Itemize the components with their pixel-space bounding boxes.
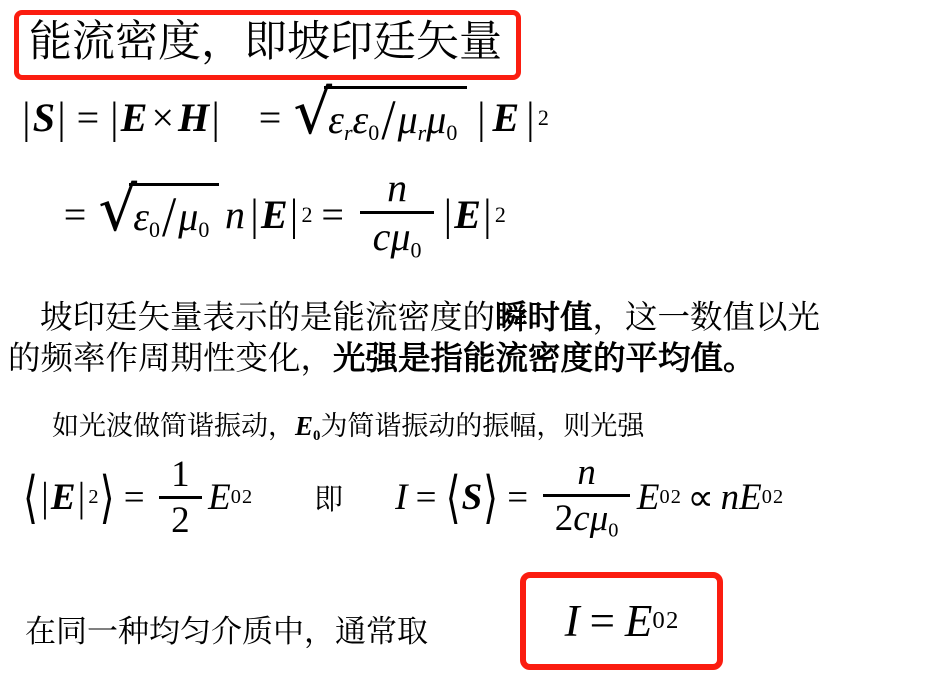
equals-sign: = [507,476,528,519]
bottom-statement: 在同一种均匀介质中，通常取 [25,606,428,651]
equals-sign: = [321,191,344,238]
abs-bar: | [22,91,30,144]
abs-bar: | [477,91,485,144]
right-angle-bracket: ⟩ [100,464,115,530]
superscript-2: 2 [495,202,506,228]
paragraph-text: 的频率作周期性变化， [8,341,333,377]
abs-bar: | [444,188,452,241]
equals-sign: = [77,94,100,141]
amplitude-E0: E [739,476,762,519]
abs-bar: | [212,91,220,144]
superscript-2: 2 [538,105,549,131]
intensity-I: I [395,476,407,519]
left-angle-bracket: ⟨ [446,464,461,530]
square-root: √ ε0/μ0 [98,183,219,247]
abs-bar: | [483,188,491,241]
subscript-0: 0 [652,607,664,635]
mu-r: μ [398,97,418,142]
paragraph-line-2: 的频率作周期性变化，光强是指能流密度的平均值。 [8,339,934,380]
abs-bar: | [78,473,85,521]
mu-0: μ [590,498,609,539]
refractive-index-n: n [721,476,740,519]
amplitude-E0: E [208,476,231,519]
equals-sign: = [590,595,615,647]
radicand: εrε0/μrμ0 [324,86,467,150]
result-highlight-box: I = E02 [520,572,723,670]
mu-0: μ [390,214,410,259]
paragraph-text: ，这一数值以光 [593,300,821,336]
abs-bar: | [41,473,48,521]
proportional-to-icon: ∝ [688,476,714,519]
paragraph-line-1: 坡印廷矢量表示的是能流密度的瞬时值，这一数值以光 [8,298,934,339]
abs-bar: | [290,188,298,241]
subscript-0: 0 [149,217,160,242]
left-angle-bracket: ⟨ [23,464,38,530]
subscript-0: 0 [660,486,670,509]
numerator-n: n [360,168,434,211]
divide-slash: / [379,87,397,153]
vector-E: E [261,191,288,238]
mu-0: μ [178,194,198,239]
refractive-index-n: n [225,191,245,238]
equals-sign: = [416,476,437,519]
vector-E: E [121,94,148,141]
superscript-2: 2 [773,486,783,509]
vector-E: E [454,191,481,238]
formula-poynting-magnitude: |S| = |E×H| = √ εrε0/μrμ0 | E |2 [20,86,549,150]
right-angle-bracket: ⟩ [483,464,498,530]
paragraph-bold-text: 光强是指能流密度的平均值。 [333,341,756,377]
subscript-r: r [344,120,353,145]
speed-of-light-c: c [373,214,391,259]
denominator-cmu0: cμ0 [360,211,434,261]
fraction-n-over-2cmu0: n 2cμ0 [543,454,630,541]
cross-product-icon: × [151,94,174,141]
namely-label: 即 [314,477,343,518]
subscript-r: r [418,120,427,145]
numerator-1: 1 [159,456,201,496]
subscript-0: 0 [762,486,772,509]
coefficient-2: 2 [555,498,574,539]
fraction-n-over-cmu0: n cμ0 [360,168,434,262]
subscript-0: 0 [608,520,618,542]
paragraph-text: 坡印廷矢量表示的是能流密度的 [40,300,495,336]
body-paragraph: 坡印廷矢量表示的是能流密度的瞬时值，这一数值以光 的频率作周期性变化，光强是指能… [8,298,934,380]
fraction-one-half: 1 2 [159,456,201,539]
vector-E: E [51,476,76,519]
abs-bar: | [57,91,65,144]
subscript-0: 0 [198,217,209,242]
superscript-2: 2 [242,486,252,509]
mu-0: μ [426,97,446,142]
equals-sign: = [64,191,87,238]
subscript-0: 0 [446,120,457,145]
amplitude-E0: E [625,595,653,647]
epsilon-r: ε [328,97,344,142]
paragraph-bold-text: 瞬时值 [495,300,593,336]
formula-intensity: ⟨ |E|2 ⟩ = 1 2 E02 即 I = ⟨S⟩ = n 2cμ0 E0… [22,454,783,541]
superscript-2: 2 [666,607,678,635]
epsilon-0: ε [133,194,149,239]
superscript-2: 2 [302,202,313,228]
square-root: √ εrε0/μrμ0 [293,86,467,150]
abs-bar: | [110,91,118,144]
vector-S: S [33,94,55,141]
equals-sign: = [259,94,282,141]
numerator-n: n [543,454,630,494]
radicand: ε0/μ0 [129,183,219,247]
abs-bar: | [251,188,259,241]
vector-H: H [178,94,209,141]
equals-sign: = [124,476,145,519]
speed-of-light-c: c [573,498,589,539]
amplitude-E0: E [295,411,313,441]
vector-E: E [493,94,520,141]
superscript-2: 2 [671,486,681,509]
amplitude-E0: E [637,476,660,519]
denominator-2cmu0: 2cμ0 [543,494,630,541]
vector-S: S [462,476,483,519]
subscript-0: 0 [368,120,379,145]
abs-bar: | [526,91,534,144]
intensity-I: I [565,595,580,647]
page-title: 能流密度，即坡印廷矢量 [29,19,502,66]
superscript-2: 2 [88,486,98,509]
formula-refractive-form: = √ ε0/μ0 n |E|2 = n cμ0 |E|2 [55,168,506,262]
subscript-0: 0 [411,238,422,263]
title-highlight-box: 能流密度，即坡印廷矢量 [14,10,521,80]
divide-slash: / [160,184,178,250]
subscript-0: 0 [231,486,241,509]
note-text: 如光波做简谐振动， [52,411,295,441]
bottom-text: 在同一种均匀介质中，通常取 [25,614,428,649]
lecture-slide: 能流密度，即坡印廷矢量 |S| = |E×H| = √ εrε0/μrμ0 | … [0,0,938,691]
note-text: 为简谐振动的振幅，则光强 [320,411,644,441]
denominator-2: 2 [159,496,201,539]
note-line: 如光波做简谐振动，E0为简谐振动的振幅，则光强 [52,404,644,445]
epsilon-0: ε [353,97,369,142]
